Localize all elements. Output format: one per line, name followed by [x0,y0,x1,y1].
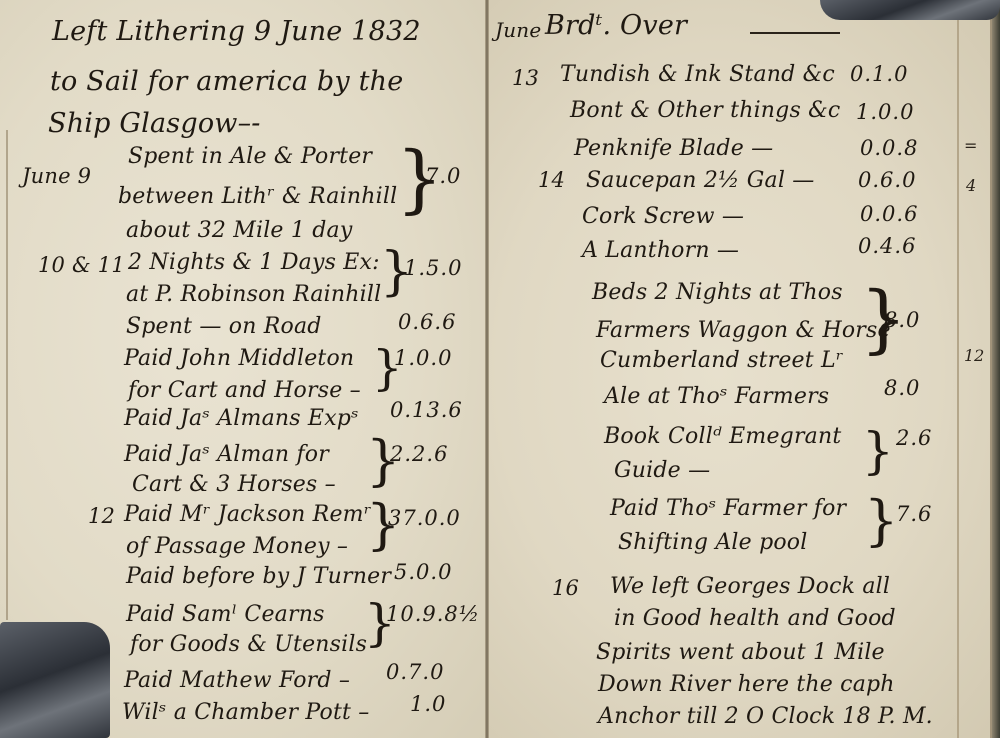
entry-line: Farmers Waggon & Horse [596,320,891,342]
entry-line: Cart & 3 Horses – [132,474,336,496]
entry-line: Paid Jaˢ Almans Expˢ [124,408,359,430]
entry-amount: 0.0.8 [860,138,918,159]
heading-rule [750,32,840,34]
entry-line: for Cart and Horse – [128,380,361,402]
brace: } [862,426,894,476]
entry-line: Book Collᵈ Emegrant [604,426,841,448]
entry-line: Cumberland street Lʳ [600,350,844,372]
entry-line: Ale at Thoˢ Farmers [604,386,829,408]
open-ledger-spread: Left Lithering 9 June 1832 to Sail for a… [0,0,1000,738]
entry-line: Beds 2 Nights at Thos [592,282,843,304]
right-margin-rule [957,15,959,738]
stone-weight-bottom-left [0,622,110,738]
entry-amount: 0.6.6 [398,312,456,333]
book-gutter [485,0,489,738]
brace: } [864,494,898,548]
entry-amount: 8.0 [884,378,920,399]
left-edge-rule [6,130,8,620]
entry-amount: 1.5.0 [404,258,462,279]
entry-line: Tundish & Ink Stand &c [560,64,835,86]
entry-amount: 0.7.0 [386,662,444,683]
entry-amount: 2.6 [896,428,932,449]
entry-amount: 5.0.0 [394,562,452,583]
entry-line: about 32 Mile 1 day [126,220,352,242]
entry-line: for Goods & Utensils [130,634,367,656]
margin-mark: = [964,136,977,155]
entry-line: Cork Screw — [582,206,744,228]
entry-line: of Passage Money – [126,536,348,558]
entry-amount: 0.1.0 [850,64,908,85]
entry-line: Paid John Middleton [124,348,354,370]
entry-amount: 7.0 [425,166,461,187]
entry-line: We left Georges Dock all [610,576,890,598]
entry-line: in Good health and Good [614,608,896,630]
entry-line: Spent in Ale & Porter [128,146,372,168]
heading-line-1: Left Lithering 9 June 1832 [52,18,421,45]
brought-over-heading: Brdᵗ. Over [545,12,687,39]
entry-date: 16 [552,578,579,599]
entry-line: Paid before by J Turner [126,566,391,588]
entry-amount: 0.4.6 [858,236,916,257]
entry-line: Saucepan 2½ Gal — [586,170,815,192]
entry-line: A Lanthorn — [582,240,739,262]
entry-line: Spirits went about 1 Mile [596,642,885,664]
entry-amount: 10.9.8½ [386,604,480,625]
entry-line: Shifting Ale pool [618,532,808,554]
page-edge [992,0,1000,738]
entry-line: Spent — on Road [126,316,322,338]
entry-line: Down River here the caph [598,674,895,696]
entry-date: 13 [512,68,539,89]
entry-line: Bont & Other things &c [570,100,840,122]
entry-amount: 37.0.0 [388,508,461,529]
heading-line-3: Ship Glasgow–- [48,110,261,137]
entry-line: Paid Mʳ Jackson Remʳ [124,504,372,526]
entry-line: 2 Nights & 1 Days Ex: [128,252,380,274]
entry-amount: 1.0.0 [394,348,452,369]
stone-weight-top-right [820,0,1000,20]
entry-line: between Lithʳ & Rainhill [118,186,397,208]
entry-line: Paid Thoˢ Farmer for [610,498,846,520]
heading-month: June [495,20,541,40]
entry-amount: 2.2.6 [390,444,448,465]
entry-amount: 1.0.0 [856,102,914,123]
entry-date: 10 & 11 [38,255,125,276]
entry-amount: 0.13.6 [390,400,463,421]
entry-line: Paid Mathew Ford – [124,670,350,692]
entry-amount: 7.6 [896,504,932,525]
entry-date: 14 [538,170,565,191]
entry-line: at P. Robinson Rainhill [126,284,381,306]
entry-amount: 8.0 [884,310,920,331]
margin-mark: 4 [966,176,976,195]
entry-date: June 9 [22,166,91,187]
entry-line: Wilˢ a Chamber Pott – [122,702,369,724]
entry-amount: 0.0.6 [860,204,918,225]
entry-amount: 1.0 [410,694,446,715]
heading-line-2: to Sail for america by the [50,68,403,95]
margin-mark: 12 [964,346,984,365]
entry-date: 12 [88,506,115,527]
entry-line: Penknife Blade — [574,138,773,160]
entry-amount: 0.6.0 [858,170,916,191]
entry-line: Paid Samˡ Cearns [126,604,325,626]
entry-line: Anchor till 2 O Clock 18 P. M. [598,706,933,728]
entry-line: Paid Jaˢ Alman for [124,444,329,466]
entry-line: Guide — [614,460,710,482]
